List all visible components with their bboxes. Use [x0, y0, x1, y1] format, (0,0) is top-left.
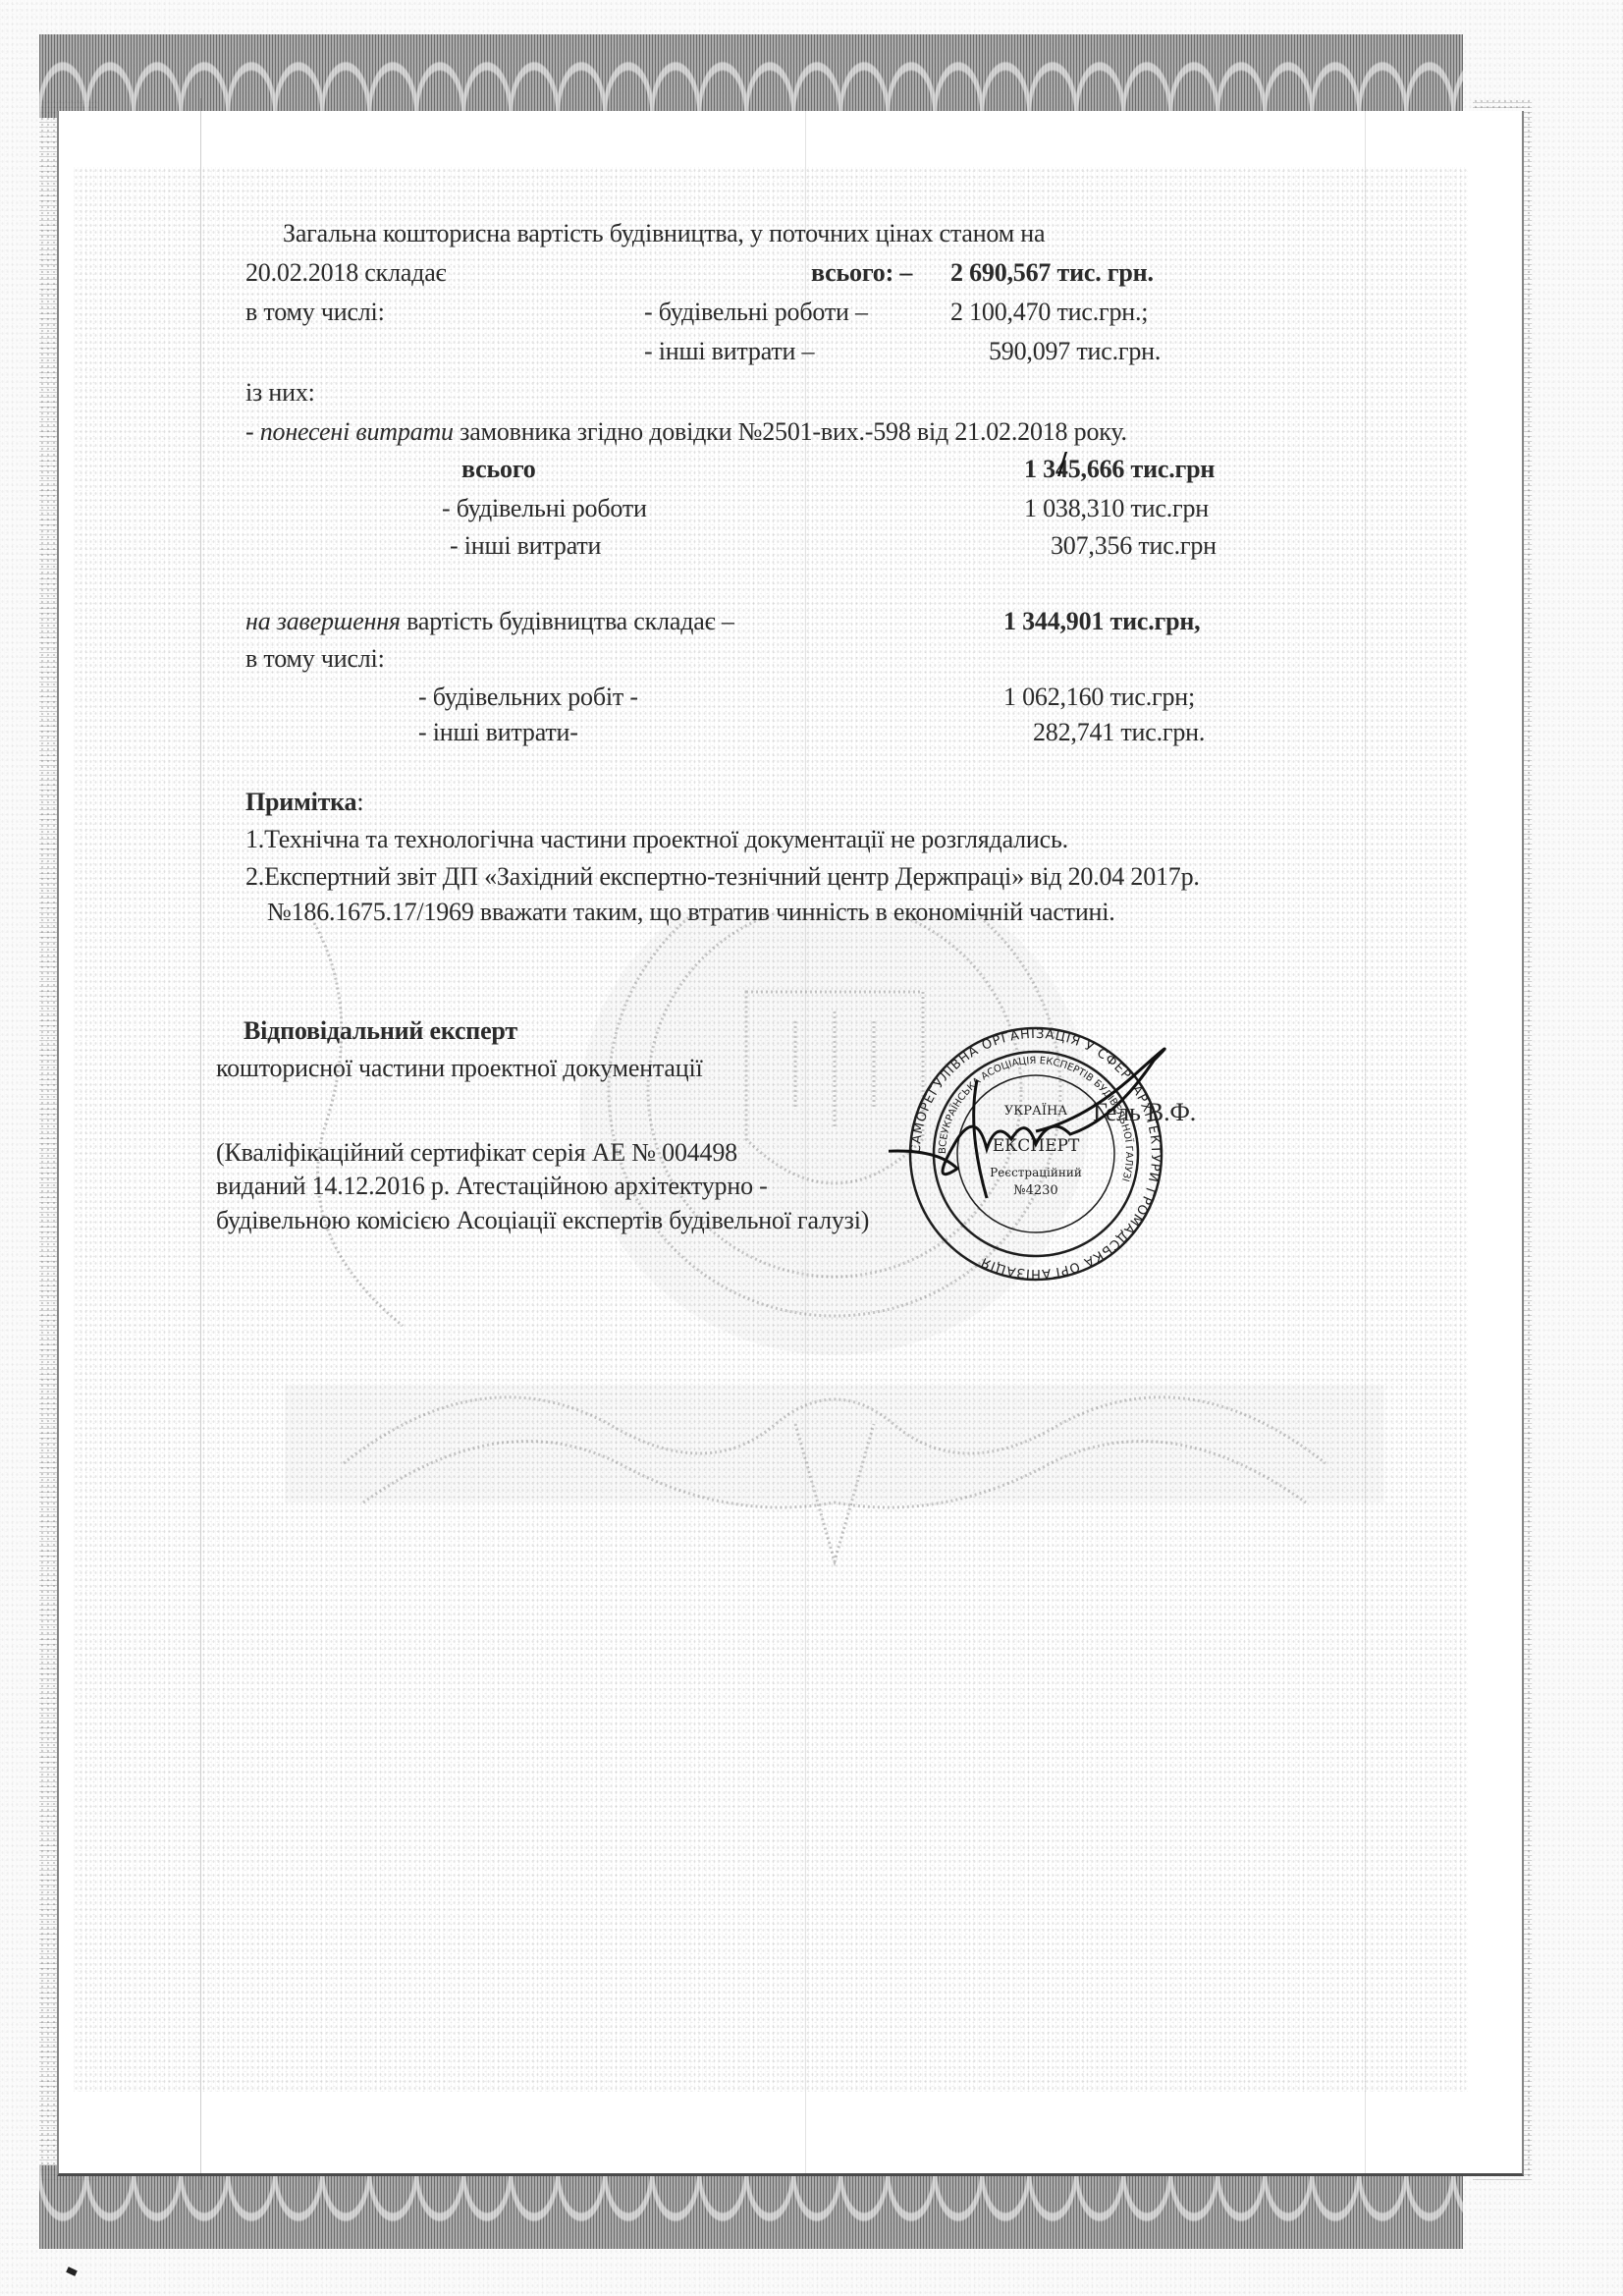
completion-title: на завершення вартість будівництва склад…	[245, 607, 734, 636]
scan-fold-line	[1365, 98, 1366, 2190]
completion-construction-label: - будівельних робіт -	[418, 683, 638, 712]
completion-title-rest: вартість будівництва складає –	[401, 607, 734, 635]
scan-fold-line	[805, 98, 806, 2190]
incurred-title: - понесені витрати замовника згідно дові…	[245, 417, 1127, 447]
signer-role-line2: кошторисної частини проектної документац…	[216, 1054, 703, 1083]
incurred-total-prefix: 1 3	[1024, 455, 1055, 483]
signer-role-line1: Відповідальний експерт	[243, 1016, 517, 1046]
intro-total-value: 2 690,567 тис. грн.	[950, 258, 1154, 288]
notes-heading-colon: :	[356, 788, 363, 816]
intro-date-phrase: 20.02.2018 складає	[245, 258, 447, 288]
scan-fold-line	[200, 98, 201, 2190]
note-item-2-continued: №186.1675.17/1969 вважати таким, що втра…	[267, 898, 1115, 927]
incurred-total-label: всього	[461, 455, 536, 484]
handwritten-correction-mark: /	[1057, 447, 1067, 481]
completion-other-label: - інші витрати-	[418, 718, 578, 747]
incurred-construction-value: 1 038,310 тис.грн	[1024, 494, 1209, 523]
incurred-of-which: із них:	[245, 378, 315, 408]
completion-other-value: 282,741 тис.грн.	[1033, 718, 1205, 747]
top-ornament-band	[39, 34, 1463, 118]
incurred-total-suffix: 5,666 тис.грн	[1068, 455, 1215, 483]
incurred-other-label: - інші витрати	[450, 531, 601, 561]
completion-title-italic: на завершення	[245, 607, 401, 635]
note-item-1: 1.Технічна та технологічна частини проек…	[245, 825, 1068, 854]
incurred-title-italic: - понесені витрати	[245, 417, 454, 446]
notes-heading: Примітка:	[245, 788, 363, 817]
intro-other-value: 590,097 тис.грн.	[989, 337, 1161, 366]
completion-total-value: 1 344,901 тис.грн,	[1003, 607, 1200, 636]
intro-total-label: всього: –	[811, 258, 912, 288]
intro-construction-value: 2 100,470 тис.грн.;	[950, 298, 1148, 327]
incurred-total-value: 1 345,666 тис.грн	[1024, 455, 1215, 484]
completion-construction-value: 1 062,160 тис.грн;	[1003, 683, 1195, 712]
intro-line1: Загальна кошторисна вартість будівництва…	[283, 219, 1045, 248]
certificate-line1: (Кваліфікаційний сертифікат серія АЕ № 0…	[216, 1138, 737, 1168]
certificate-line3: будівельною комісією Асоціації експертів…	[216, 1206, 869, 1235]
note-item-2: 2.Експертний звіт ДП «Західний експертно…	[245, 862, 1200, 892]
completion-including-label: в тому числі:	[245, 644, 385, 674]
document-background-texture	[74, 167, 1468, 2092]
signer-name: Гель В.Ф.	[1093, 1098, 1196, 1127]
intro-other-label: - інші витрати –	[644, 337, 814, 366]
intro-construction-label: - будівельні роботи –	[644, 298, 868, 327]
bottom-ornament-band	[39, 2165, 1463, 2249]
incurred-other-value: 307,356 тис.грн	[1051, 531, 1217, 561]
incurred-title-rest: замовника згідно довідки №2501-вих.-598 …	[454, 417, 1127, 446]
intro-including-label: в тому числі:	[245, 298, 385, 327]
notes-heading-label: Примітка	[245, 788, 356, 816]
incurred-construction-label: - будівельні роботи	[442, 494, 647, 523]
certificate-line2: виданий 14.12.2016 р. Атестаційною архіт…	[216, 1172, 768, 1201]
